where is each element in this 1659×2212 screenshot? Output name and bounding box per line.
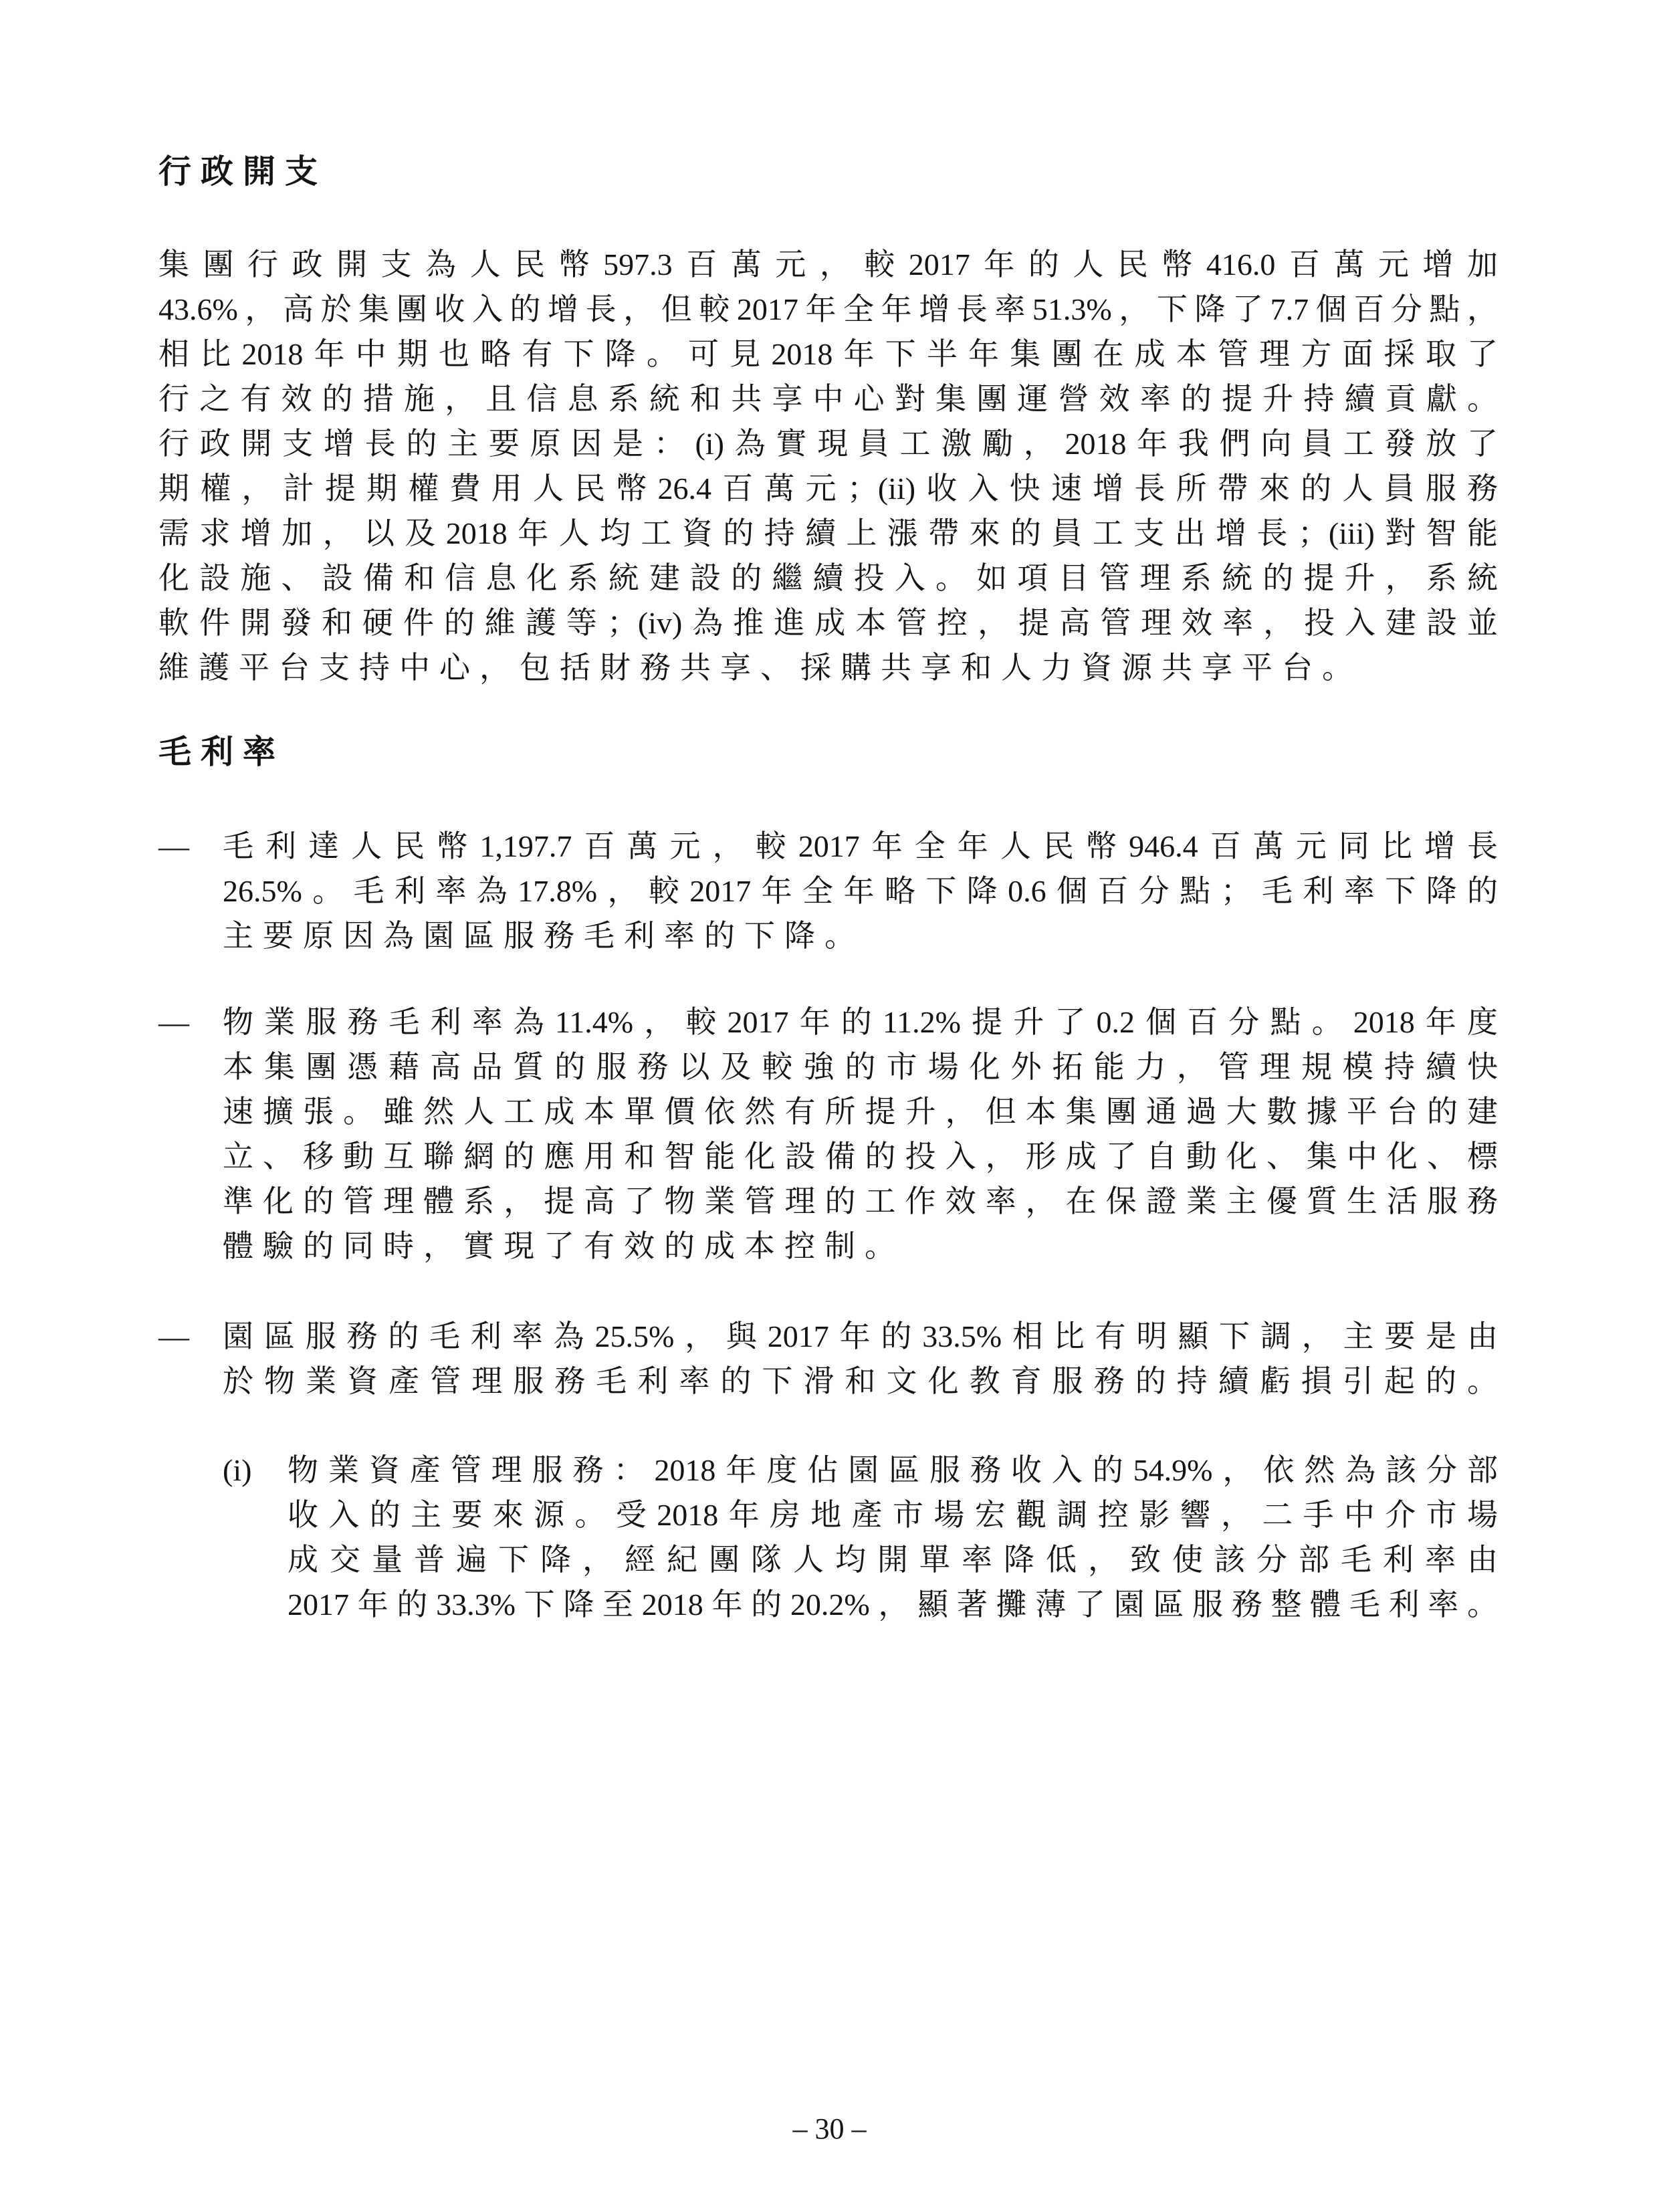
text-line: 化設施、設備和信息化系統建設的繼續投入。如項目管理系統的提升，系統 [158,556,1498,600]
text-line: 體驗的同時，實現了有效的成本控制。 [223,1224,1498,1268]
text-line: 26.5%。毛利率為17.8%，較2017年全年略下降0.6個百分點；毛利率下降… [223,869,1498,913]
bullet-dash: — [158,824,223,869]
text-line: 主要原因為園區服務毛利率的下降。 [223,913,1498,958]
text-line: 維護平台支持中心，包括財務共享、採購共享和人力資源共享平台。 [158,645,1498,690]
text-line: 相比2018年中期也略有下降。可見2018年下半年集團在成本管理方面採取了 [158,332,1498,376]
text-line: 準化的管理體系，提高了物業管理的工作效率，在保證業主優質生活服務 [223,1179,1498,1224]
text-line: 行政開支增長的主要原因是：(i)為實現員工激勵，2018年我們向員工發放了 [158,421,1498,466]
subitem-marker: (i) [223,1448,288,1492]
bullet-item-property-services-margin: — 物業服務毛利率為11.4%，較2017年的11.2%提升了0.2個百分點。2… [158,1000,1498,1268]
text-line: 立、移動互聯網的應用和智能化設備的投入，形成了自動化、集中化、標 [223,1134,1498,1179]
admin-expenses-paragraph: 集團行政開支為人民幣597.3百萬元，較2017年的人民幣416.0百萬元增加 … [158,242,1498,690]
text-line: 軟件開發和硬件的維護等；(iv)為推進成本管控，提高管理效率，投入建設並 [158,600,1498,645]
section-heading-admin-expenses: 行政開支 [158,153,1498,191]
bullet-item-park-services-margin: — 園區服務的毛利率為25.5%，與2017年的33.5%相比有明顯下調，主要是… [158,1314,1498,1404]
text-line: 速擴張。雖然人工成本單價依然有所提升，但本集團通過大數據平台的建 [223,1089,1498,1134]
text-line: 期權，計提期權費用人民幣26.4百萬元；(ii)收入快速增長所帶來的人員服務 [158,466,1498,511]
text-line: 本集團憑藉高品質的服務以及較強的市場化外拓能力，管理規模持續快 [223,1044,1498,1089]
text-line: 43.6%，高於集團收入的增長，但較2017年全年增長率51.3%，下降了7.7… [158,287,1498,332]
text-line: 園區服務的毛利率為25.5%，與2017年的33.5%相比有明顯下調，主要是由 [223,1314,1498,1359]
bullet-dash: — [158,1000,223,1044]
subitem-property-asset-management: (i) 物業資產管理服務：2018年度佔園區服務收入的54.9%，依然為該分部 … [158,1448,1498,1627]
text-line: 集團行政開支為人民幣597.3百萬元，較2017年的人民幣416.0百萬元增加 [158,242,1498,287]
section-heading-gross-margin: 毛利率 [158,734,1498,771]
text-line: 於物業資產管理服務毛利率的下滑和文化教育服務的持續虧損引起的。 [223,1359,1498,1404]
text-line: 物業服務毛利率為11.4%，較2017年的11.2%提升了0.2個百分點。201… [223,1000,1498,1044]
document-page: 行政開支 集團行政開支為人民幣597.3百萬元，較2017年的人民幣416.0百… [0,0,1659,2212]
text-line: 需求增加，以及2018年人均工資的持續上漲帶來的員工支出增長；(iii)對智能 [158,511,1498,556]
bullet-dash: — [158,1314,223,1359]
bullet-item-gross-profit: — 毛利達人民幣1,197.7百萬元，較2017年全年人民幣946.4百萬元同比… [158,824,1498,958]
text-line: 毛利達人民幣1,197.7百萬元，較2017年全年人民幣946.4百萬元同比增長 [223,824,1498,869]
text-line: 物業資產管理服務：2018年度佔園區服務收入的54.9%，依然為該分部 [288,1448,1498,1492]
text-line: 收入的主要來源。受2018年房地產市場宏觀調控影響，二手中介市場 [288,1492,1498,1537]
text-line: 行之有效的措施，且信息系統和共享中心對集團運營效率的提升持續貢獻。 [158,376,1498,421]
text-line: 成交量普遍下降，經紀團隊人均開單率降低，致使該分部毛利率由 [288,1537,1498,1582]
text-line: 2017年的33.3%下降至2018年的20.2%，顯著攤薄了園區服務整體毛利率… [288,1582,1498,1627]
page-number: – 30 – [0,2110,1659,2148]
